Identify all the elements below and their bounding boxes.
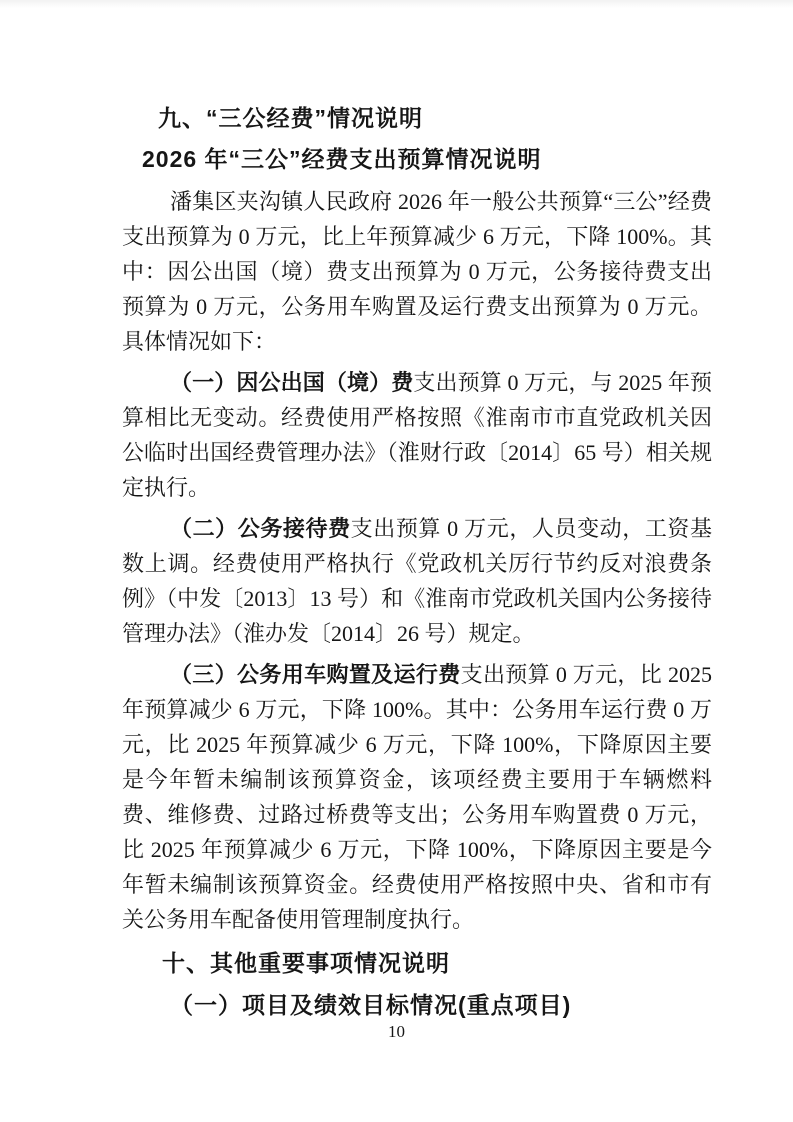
subsection-heading-2026-budget: 2026 年“三公”经费支出预算情况说明 [122, 139, 712, 180]
paragraph-overseas-travel-lead: （一）因公出国（境）费 [170, 370, 413, 395]
section-heading-three-public-funds: 九、“三公经费”情况说明 [122, 98, 712, 139]
document-page: 九、“三公经费”情况说明 2026 年“三公”经费支出预算情况说明 潘集区夹沟镇… [0, 0, 793, 1122]
paragraph-official-vehicles-body: 支出预算 0 万元，比 2025 年预算减少 6 万元，下降 100%。其中：公… [122, 662, 712, 932]
subsection-heading-key-projects: （一）项目及绩效目标情况(重点项目) [122, 985, 712, 1025]
paragraph-overseas-travel: （一）因公出国（境）费支出预算 0 万元，与 2025 年预算相比无变动。经费使… [122, 365, 712, 505]
document-content: 九、“三公经费”情况说明 2026 年“三公”经费支出预算情况说明 潘集区夹沟镇… [122, 0, 712, 1025]
section-heading-other-important-matters: 十、其他重要事项情况说明 [122, 943, 712, 983]
paragraph-official-vehicles: （三）公务用车购置及运行费支出预算 0 万元，比 2025 年预算减少 6 万元… [122, 657, 712, 937]
paragraph-official-reception: （二）公务接待费支出预算 0 万元，人员变动，工资基数上调。经费使用严格执行《党… [122, 511, 712, 651]
paragraph-official-reception-lead: （二）公务接待费 [170, 516, 351, 541]
paragraph-official-vehicles-lead: （三）公务用车购置及运行费 [170, 662, 461, 687]
page-number: 10 [0, 1022, 793, 1042]
paragraph-budget-overview: 潘集区夹沟镇人民政府 2026 年一般公共预算“三公”经费支出预算为 0 万元，… [122, 184, 712, 359]
